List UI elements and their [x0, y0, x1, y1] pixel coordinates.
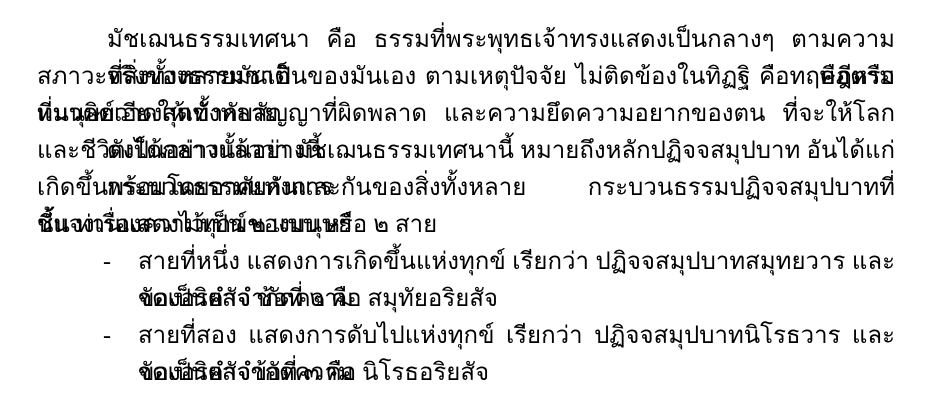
list-item-text: สายที่สอง แสดงการดับไปแห่งทุกข์ เรียกว่า…	[138, 318, 895, 392]
paragraph-1: มัชเฌนธรรมเทศนา คือ ธรรมที่พระพุทธเจ้าทร…	[37, 22, 895, 133]
list-item: - สายที่หนึ่ง แสดงการเกิดขึ้นแห่งทุกข์ เ…	[103, 244, 895, 318]
paragraph-line: นั้น ท่านแสดงไว้เป็น ๒ แบบ หรือ ๒ สาย	[37, 207, 895, 244]
bullet-list: - สายที่หนึ่ง แสดงการเกิดขึ้นแห่งทุกข์ เ…	[37, 244, 895, 392]
paragraph-line: สายที่หนึ่ง แสดงการเกิดขึ้นแห่งทุกข์ เรี…	[138, 244, 895, 281]
list-item: - สายที่สอง แสดงการดับไปแห่งทุกข์ เรียกว…	[103, 318, 895, 392]
paragraph-line: ของอริยสัจข้อที่ ๓ คือ นิโรธอริยสัจ	[138, 355, 895, 392]
paragraph-line: เกิดขึ้นพร้อมโดยอาศัยกันและกันของสิ่งทั้…	[37, 170, 895, 207]
dash-bullet-icon: -	[103, 244, 138, 281]
paragraph-line: สภาวะที่สิ่งทั้งหลายมันเป็นของมันเอง ตาม…	[37, 59, 895, 96]
paragraph-line: ดังได้กล่าวแล้วว่า มัชเฌนธรรมเทศนานี้ หม…	[37, 133, 895, 170]
paragraph-line: มัชเฌนธรรมเทศนา คือ ธรรมที่พระพุทธเจ้าทร…	[37, 22, 895, 59]
document-page: มัชเฌนธรรมเทศนา คือ ธรรมที่พระพุทธเจ้าทร…	[0, 0, 931, 395]
list-item-text: สายที่หนึ่ง แสดงการเกิดขึ้นแห่งทุกข์ เรี…	[138, 244, 895, 318]
paragraph-line: สายที่สอง แสดงการดับไปแห่งทุกข์ เรียกว่า…	[138, 318, 895, 355]
paragraph-line: ที่มนุษย์วาดให้เข้ากับสัญญาที่ผิดพลาด แล…	[37, 96, 895, 133]
paragraph-line: ของอริยสัจ ข้อที่ ๒ คือ สมุทัยอริยสัจ	[138, 281, 895, 318]
dash-bullet-icon: -	[103, 318, 138, 355]
paragraph-2: ดังได้กล่าวแล้วว่า มัชเฌนธรรมเทศนานี้ หม…	[37, 133, 895, 244]
